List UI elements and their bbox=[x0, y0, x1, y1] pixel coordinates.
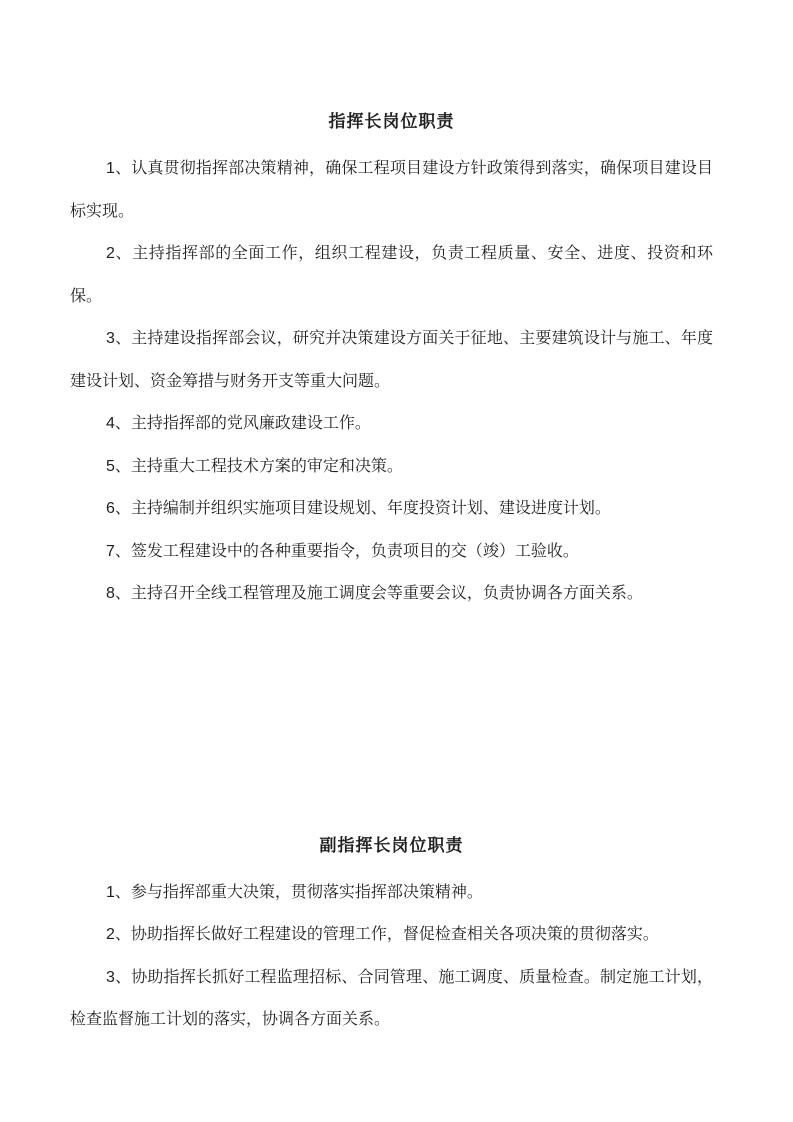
commander-duty-6: 6、主持编制并组织实施项目建设规划、年度投资计划、建设进度计划。 bbox=[70, 488, 713, 531]
commander-duty-8: 8、主持召开全线工程管理及施工调度会等重要会议，负责协调各方面关系。 bbox=[70, 573, 713, 616]
section-commander-duties: 指挥长岗位职责 1、认真贯彻指挥部决策精神，确保工程项目建设方针政策得到落实，确… bbox=[70, 107, 713, 616]
page-break-gap bbox=[70, 616, 713, 831]
section-title-deputy-commander: 副指挥长岗位职责 bbox=[70, 831, 713, 861]
deputy-duty-1: 1、参与指挥部重大决策，贯彻落实指挥部决策精神。 bbox=[70, 872, 713, 915]
commander-duty-5: 5、主持重大工程技术方案的审定和决策。 bbox=[70, 446, 713, 489]
commander-duty-2: 2、主持指挥部的全面工作，组织工程建设，负责工程质量、安全、进度、投资和环保。 bbox=[70, 233, 713, 318]
document-page: 指挥长岗位职责 1、认真贯彻指挥部决策精神，确保工程项目建设方针政策得到落实，确… bbox=[0, 0, 793, 1122]
commander-duty-1: 1、认真贯彻指挥部决策精神，确保工程项目建设方针政策得到落实，确保项目建设目标实… bbox=[70, 148, 713, 233]
commander-duty-4: 4、主持指挥部的党风廉政建设工作。 bbox=[70, 403, 713, 446]
deputy-duty-3: 3、协助指挥长抓好工程监理招标、合同管理、施工调度、质量检查。制定施工计划，检查… bbox=[70, 957, 713, 1042]
commander-duty-7: 7、签发工程建设中的各种重要指令，负责项目的交（竣）工验收。 bbox=[70, 531, 713, 574]
section-title-commander: 指挥长岗位职责 bbox=[70, 107, 713, 137]
section-deputy-commander-duties: 副指挥长岗位职责 1、参与指挥部重大决策，贯彻落实指挥部决策精神。 2、协助指挥… bbox=[70, 831, 713, 1042]
commander-duty-3: 3、主持建设指挥部会议，研究并决策建设方面关于征地、主要建筑设计与施工、年度建设… bbox=[70, 318, 713, 403]
deputy-duty-2: 2、协助指挥长做好工程建设的管理工作，督促检查相关各项决策的贯彻落实。 bbox=[70, 914, 713, 957]
